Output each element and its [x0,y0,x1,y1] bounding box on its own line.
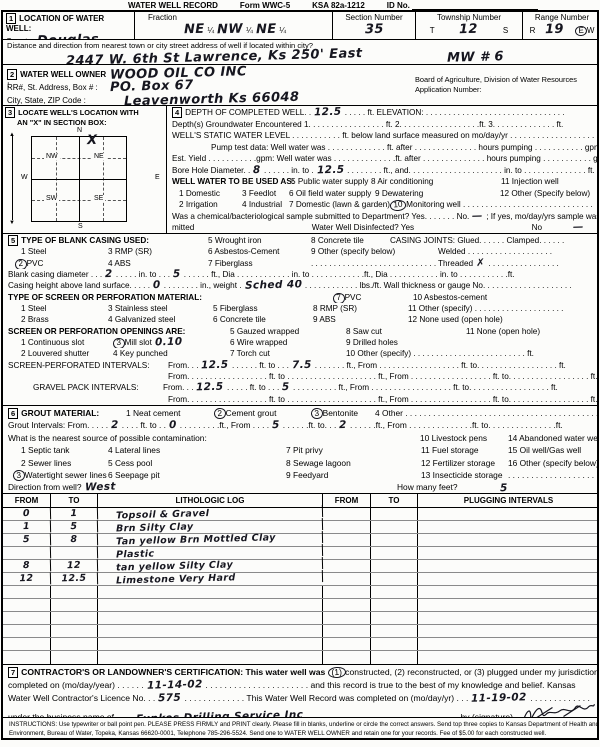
contam-opt-other: 16 Other (specify below) [508,457,597,469]
screen-opt-stainless: 3 Stainless steel [108,303,213,314]
openings-title: SCREEN OR PERFORATION OPENINGS ARE: [8,326,230,337]
grout-opt-cement: Cement grout [226,408,277,418]
plug-desc [418,547,599,559]
threaded-dots: . . . . . . . . . . . . . . . . [488,258,559,269]
opt-other-casing: 9 Other (specify below) [311,246,438,257]
casing-depth-value: 5 [170,269,184,280]
gpi-to: . . . . . ft. to . . . [227,382,279,393]
contam-opt-watertight: Watertight sewer lines [25,470,107,480]
signature-label: by (signature) [460,711,513,717]
other-casing-blank: . . . . . . . . . . . . . . . . . . . . … [311,258,438,269]
instructions-line1: INSTRUCTIONS: Use typewriter or ball poi… [9,720,591,729]
log-from: 1 [3,520,51,533]
opt-pvc: PVC [27,259,44,268]
plug-desc [418,651,599,664]
plug-from [323,586,371,598]
opt-wrought-iron: 5 Wrought iron [208,235,311,246]
section1-location: 1LOCATION OF WATER WELL: County:Douglas … [3,12,597,39]
completed-date: 11-14-02 [143,679,205,692]
plug-from [323,521,371,533]
fraction-label: Fraction [138,13,329,22]
plug-desc [418,560,599,572]
opt-pvc-number-circled: 2 [15,258,27,269]
section6-grout: 6GROUT MATERIAL:1 Neat cement2Cement gro… [3,405,597,493]
licence-number: 575 [155,692,184,705]
opt-oil-field: 6 Oil field water supply [289,188,375,200]
ksa-number: KSA 82a-1212 [312,1,365,10]
grout-to2: 2 [336,419,350,431]
section2-owner: 2WATER WELL OWNER : WOOD OIL CO INC RR#,… [3,64,597,105]
contam-opt-seepage: 6 Seepage pit [108,469,286,481]
plug-to [371,599,418,611]
plug-from [323,599,371,611]
bore-label: Bore Hole Diameter. . [172,165,250,177]
section1-title: LOCATION OF WATER WELL: [6,14,104,33]
section-number-label: Section Number [336,13,412,22]
screen-opt-pvc: PVC [345,293,362,302]
opt-public-supply: 5 Public water supply [291,176,371,188]
contam-other-blank: . . . . . . . . . . . . . . . . . . . . … [508,469,597,481]
contam-opt-abandoned: 14 Abandoned water well [508,432,597,444]
screen-intervals-label: SCREEN-PERFORATED INTERVALS: [8,360,168,371]
township-suffix: S [503,26,508,35]
pump-test-line: Pump test data: Well water was . . . . .… [211,142,597,154]
lithologic-log-table: FROM TO LITHOLOGIC LOG FROM TO PLUGGING … [3,493,597,664]
log-from: 12 [3,572,51,585]
log-row [3,612,597,625]
contam-opt-septic: 1 Septic tank [21,444,108,456]
plug-to [371,625,418,637]
plug-from [323,638,371,650]
depth-label: DEPTH OF COMPLETED WELL. . [185,107,311,119]
bore-diameter-value: 8 [250,165,264,177]
open-opt-keypunched: 4 Key punched [113,348,230,359]
casing-height-post: . . . . . . . . . . . . lbs./ft. Wall th… [305,280,572,291]
sample-question-2: ; If yes, mo/day/yrs sample was sub- [486,211,597,223]
col-to-2: TO [371,494,418,507]
opt-feedlot: 3 Feedlot [242,188,289,200]
sample-no-mark: — [469,211,486,223]
opt-irrigation: 2 Irrigation [179,199,242,211]
form-number: Form WWC-5 [240,1,290,10]
section4-depth: 4DEPTH OF COMPLETED WELL. .12.5. . . . .… [167,106,597,233]
section-box-diagram: ▲ ▼ 1 Mile N S W E NW [3,128,163,228]
open-opt-torch: 7 Torch cut [230,348,346,359]
screen-opt-steel: 1 Steel [21,303,108,314]
watertight-number-circled: 3 [13,470,25,482]
log-row [3,638,597,651]
log-from [3,599,51,611]
mill-slot-number-circled: 3 [113,338,125,349]
log-from: 8 [3,559,51,572]
plug-desc [418,573,599,585]
casing-weight-label: . . . . . . . . in., weight . [164,280,242,291]
sample-question: Was a chemical/bacteriological sample su… [172,211,469,223]
disinfected-no-mark: — [570,222,587,233]
well-x-mark: X [84,133,101,148]
open-opt-continuous: 1 Continuous slot [21,337,113,348]
id-label: ID No. [387,1,410,10]
section3-4-row: 3LOCATE WELL'S LOCATION WITH AN "X" IN S… [3,105,597,233]
open-opt-other: 10 Other (specify) . . . . . . . . . . .… [346,348,534,359]
log-from [3,586,51,598]
joints-welded: Welded . . . . . . . . . . . . . . . . .… [438,246,552,257]
casing-joints-label: CASING JOINTS: Glued. . . . . . Clamped.… [390,235,564,246]
compass-east: E [155,174,160,181]
grout-intervals-label: Grout Intervals: From. . . . . [8,419,108,431]
gravel-intervals-blank-row: From. . . . . . . . . . . . . . . . . . … [168,394,597,405]
log-to: 5 [51,520,98,533]
grout-from1: 2 [108,419,122,431]
section3-title-1: LOCATE WELL'S LOCATION WITH [18,108,139,117]
log-row [3,651,597,664]
quadrant-sw: SW [44,195,59,202]
plug-desc [418,521,599,533]
grout-post: . . . . . .ft., From . . . . . . . . . .… [350,419,563,431]
plug-from [323,625,371,637]
screen-opt-brass: 2 Brass [21,314,108,325]
section-box: NW NE SW SE X [31,136,127,222]
joints-threaded: Threaded [438,258,473,269]
direction-value: West [81,481,118,493]
static-level-line: WELL'S STATIC WATER LEVEL . . . . . . . … [172,130,597,142]
groundwater-line: Depth(s) Groundwater Encountered 1. . . … [172,119,563,131]
casing-diameter-value: 2 [102,269,116,280]
compass-south: S [78,223,83,230]
plug-to [371,560,418,572]
form-body: 1LOCATION OF WATER WELL: County:Douglas … [1,10,599,740]
contam-opt-cesspool: 5 Cess pool [108,457,286,469]
screen-material-title: TYPE OF SCREEN OR PERFORATION MATERIAL: [8,292,333,303]
signature [518,704,597,717]
fraction-cell: Fraction NE¼ NW¼ NE¼ [135,12,333,39]
screen-opt-none: 12 None used (open hole) [408,314,503,325]
section6-number: 6 [8,408,18,419]
log-to [51,586,98,598]
record-completed-label: . . . . . . . . . . . . . This Water Wel… [184,692,468,705]
range-value: 19 [542,22,567,38]
spi-post: . . . . . . . ft., From . . . . . . . . … [315,360,566,371]
open-opt-gauzed: 5 Gauzed wrapped [230,326,346,337]
mile-arrow-down-icon: ▼ [9,220,15,226]
depth-elevation: . . . . . ft. ELEVATION: . . . . . . . .… [345,107,565,119]
section-number-value: 35 [361,22,386,38]
casing-height-value: 0 [150,280,164,291]
contam-opt-pitprivy: 7 Pit privy [286,444,421,456]
screen-opt-abs: 9 ABS [313,314,408,325]
casing-diameter-mid: . . . . . in. to . . . [116,269,170,280]
section4-number: 4 [172,107,182,118]
screen-opt-galvanized: 4 Galvanized steel [108,314,213,325]
contam-opt-feedyard: 9 Feedyard [286,469,421,481]
log-from [3,546,51,559]
open-opt-louvered: 2 Louvered shutter [21,348,113,359]
plug-desc [418,625,599,637]
opt-domestic: 1 Domestic [179,188,242,200]
spi-from-value: 12.5 [198,360,232,371]
spi-to: . . . . . . ft. to . . . [232,360,289,371]
section7-certification: 7CONTRACTOR'S OR LANDOWNER'S CERTIFICATI… [3,664,597,717]
log-row [3,625,597,638]
threaded-x-mark: ✗ [473,258,488,269]
casing-diameter-post: . . . . . . ft., Dia . . . . . . . . . .… [184,269,515,280]
spi-from: From. . . [168,360,198,371]
log-desc [98,586,323,598]
contam-opt-fuel: 11 Fuel storage [421,444,508,456]
casing-height-label: Casing height above land surface. . . . … [8,280,150,291]
plug-from [323,651,371,664]
mitted-word: mitted [172,222,194,233]
col-from-1: FROM [3,494,51,507]
grout-cement-number-circled: 2 [214,408,226,420]
township-prefix: T [430,26,435,35]
log-to: 12 [51,559,98,572]
log-to: 12.5 [51,572,98,585]
log-from: 5 [3,533,51,546]
log-from [3,638,51,650]
opt-fiberglass: 7 Fiberglass [208,258,311,269]
record-completed-date: 11-19-02 [468,692,530,705]
section5-number: 5 [8,235,18,246]
contam-opt-sewer: 2 Sewer lines [21,457,108,469]
open-opt-drilled: 9 Drilled holes [346,337,398,348]
quadrant-nw: NW [44,153,60,160]
certification-line3-dots: . . . . . . . . . . . . . [530,692,590,705]
screen-intervals-blank-row: From. . . . . . . . . . . . . . . . . . … [168,371,597,382]
water-well-record-form: WATER WELL RECORD Form WWC-5 KSA 82a-121… [0,0,600,747]
disinfected-question: Water Well Disinfected? Yes [312,222,414,233]
feet-value: 5 [497,481,597,493]
certification-title: CONTRACTOR'S OR LANDOWNER'S CERTIFICATIO… [21,667,327,677]
township-cell: Township Number T 12 S [416,12,523,39]
open-opt-wire: 6 Wire wrapped [230,337,346,348]
contam-opt-insecticide: 13 Insecticide storage [421,469,508,481]
grout-opt-bentonite: Bentonite [323,408,358,418]
business-name-label: under the business name of [8,711,114,717]
opt-asbestos-cement: 6 Asbestos-Cement [208,246,311,257]
section3-title-2: AN "X" IN SECTION BOX: [5,118,164,127]
plug-to [371,651,418,664]
county-value: Douglas [33,32,101,39]
bore-post: . . . . . . . . ft., and. . . . . . . . … [347,165,595,177]
col-plugging-intervals: PLUGGING INTERVALS [418,494,599,507]
licence-label: Water Well Contractor's Licence No. . . [8,692,155,705]
grout-m1: . . . . ft. to . . [122,419,166,431]
contam-opt-oilwell: 15 Oil well/Gas well [508,444,581,456]
open-opt-sawcut: 8 Saw cut [346,326,466,337]
opt-injection-well: 11 Injection well [501,176,559,188]
township-label: Township Number [419,13,519,22]
contam-opt-lateral: 4 Lateral lines [108,444,286,456]
screen-opt-asbestos: 10 Asbestos-cement [413,292,487,303]
distance-answer-row: 2447 W. 6th St Lawrence, Ks 250' East MW… [3,50,597,64]
mile-line [12,136,13,220]
plug-desc [418,534,599,546]
casing-weight-value: Sched 40 [241,280,305,291]
compass-north: N [77,127,82,134]
opt-steel: 1 Steel [21,246,108,257]
bore-depth-value: 12.5 [313,165,347,177]
opt-rmp: 3 RMP (SR) [108,246,208,257]
township-value: 12 [456,22,481,38]
log-to: 1 [51,507,98,520]
range-label: Range Number [526,13,598,22]
grout-m2: . . . . . . . . .ft., From . . . . [180,419,269,431]
opt-air-conditioning: 8 Air conditioning [371,176,501,188]
plug-from [323,534,371,546]
section6-title: GROUT MATERIAL: [21,408,99,418]
board-line2: Application Number: [415,85,577,95]
fraction-2: NW [214,22,246,38]
log-to [51,651,98,664]
well-name: MW # 6 [444,49,507,66]
completed-label: completed on (mo/day/year) . . . . . . [8,679,144,692]
log-row [3,586,597,599]
plug-from [323,573,371,585]
log-desc [98,625,323,637]
id-blank-line [412,2,538,10]
compass-west: W [21,174,28,181]
fraction-1: NE [181,22,208,38]
log-from [3,625,51,637]
est-yield-line: Est. Yield . . . . . . . . . . .gpm: Wel… [172,153,597,165]
certification-line1: constructed, (2) reconstructed, or (3) p… [345,667,597,677]
plug-to [371,521,418,533]
plug-from [323,508,371,520]
business-name-value: Funkes Drilling Service Inc [128,709,312,717]
log-to [51,612,98,624]
log-to [51,638,98,650]
opt-monitoring-well: Monitoring well . . . . . . . . . . . . … [406,199,593,211]
plug-desc [418,586,599,598]
grout-from2: 5 [269,419,283,431]
section5-title: TYPE OF BLANK CASING USED: [21,236,149,245]
contam-opt-livestock: 10 Livestock pens [420,432,508,444]
opt-dewatering: 9 Dewatering [375,188,500,200]
instructions: INSTRUCTIONS: Use typewriter or ball poi… [3,717,597,738]
quarter-symbol: ¼ [246,26,253,35]
form-header: WATER WELL RECORD Form WWC-5 KSA 82a-121… [0,0,600,10]
log-from [3,651,51,664]
plug-desc [418,599,599,611]
direction-label: Direction from well? [8,481,82,493]
county-label: County: [6,37,34,39]
city-label: City, State, ZIP Code : [7,96,107,105]
section1-number: 1 [6,13,16,24]
feet-label: How many feet? [397,481,497,493]
range-west: W [587,26,595,35]
log-to [51,546,98,559]
instructions-line2: Environment, Bureau of Water, Topeka, Ka… [9,729,591,738]
use-title: WELL WATER TO BE USED AS: [172,176,291,188]
constructed-number-circled: (1) [327,666,345,678]
section3-locate: 3LOCATE WELL'S LOCATION WITH AN "X" IN S… [3,106,167,233]
plug-from [323,560,371,572]
disinfected-no: No [532,222,542,233]
section2-number: 2 [7,69,17,80]
log-row: 1212.5Limestone Very Hard [3,573,597,586]
opt-abs: 4 ABS [108,258,208,269]
grout-bentonite-number-circled: 3 [311,408,323,420]
screen-opt-rmp: 8 RMP (SR) [313,303,408,314]
spi-to-value: 7.5 [289,360,315,371]
opt-other-use: 12 Other (Specify below) [500,188,590,200]
log-desc [98,638,323,650]
plug-desc [418,638,599,650]
range-cell: Range Number R 19 EW [523,12,600,39]
contam-opt-fertilizer: 12 Fertilizer storage [421,457,508,469]
grout-opt-other: 4 Other . . . . . . . . . . . . . . . . … [375,407,597,419]
grout-opt-neat: 1 Neat cement [126,407,214,419]
section7-number: 7 [8,667,18,678]
plug-to [371,547,418,559]
plug-from [323,547,371,559]
log-row [3,599,597,612]
section-box-horizontal-divider [32,179,126,180]
plug-to [371,534,418,546]
board-line1: Board of Agriculture, Division of Water … [415,75,577,85]
col-from-2: FROM [323,494,371,507]
range-east-circled: E [574,26,587,37]
opt-concrete-tile: 8 Concrete tile [311,235,390,246]
bore-mid: . . . . . . in. to . [264,165,314,177]
certification-line2: . . . . . . . . . . . . . . . . . . . . … [205,679,575,692]
mill-slot-value: 0.10 [152,337,186,348]
plug-to [371,508,418,520]
screen-opt-fiberglass: 5 Fiberglass [213,303,313,314]
gpi-from-value: 12.5 [193,382,227,393]
opt-domestic-lawn: 7 Domestic (lawn & garden) [289,199,390,211]
address-label: RR#, St. Address, Box # : [7,83,107,92]
section-number-cell: Section Number 35 [333,12,416,39]
col-to-1: TO [51,494,98,507]
log-desc [98,599,323,611]
plug-to [371,573,418,585]
range-prefix: R [530,26,536,35]
log-to: 8 [51,533,98,546]
gravel-intervals-label: GRAVEL PACK INTERVALS: [33,382,163,393]
gpi-post: . . . . . . . . . . ft., From . . . . . … [293,382,558,393]
log-from [3,612,51,624]
plug-desc [418,612,599,624]
gpi-from: From. . . [163,382,193,393]
board-block: Board of Agriculture, Division of Water … [415,75,577,95]
opt-monitoring-number-circled: 10 [390,199,407,210]
plug-from [323,612,371,624]
fraction-3: NE [253,22,280,38]
form-title: WATER WELL RECORD [128,1,218,10]
log-to [51,599,98,611]
log-desc [98,651,323,664]
screen-pvc-number-circled: 7 [333,292,345,303]
screen-opt-concrete: 6 Concrete tile [213,314,313,325]
plug-to [371,586,418,598]
contam-opt-lagoon: 8 Sewage lagoon [286,457,421,469]
opt-industrial: 4 Industrial [242,199,289,211]
gpi-to-value: 5 [279,382,293,393]
log-from: 0 [3,507,51,520]
open-opt-mill-slot: Mill slot [125,338,152,347]
plug-to [371,612,418,624]
section3-number: 3 [5,107,15,118]
depth-value: 12.5 [311,107,345,119]
casing-diameter-label: Blank casing diameter . . . [8,269,102,280]
quadrant-se: SE [92,195,105,202]
plug-to [371,638,418,650]
contamination-question: What is the nearest source of possible c… [8,432,420,444]
grout-m3: . . . . . .ft. to. . . [283,419,337,431]
log-to [51,625,98,637]
